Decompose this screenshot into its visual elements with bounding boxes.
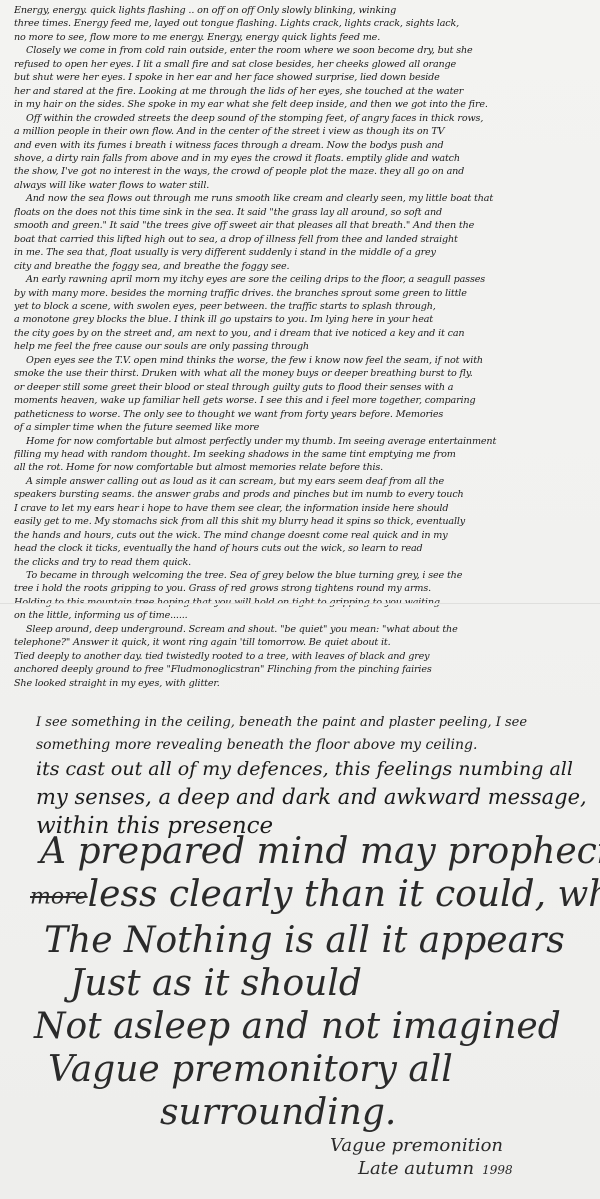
paper-fold-line	[0, 603, 600, 605]
text-line: the clicks and try to read them quick.	[14, 556, 586, 569]
text-line: but shut were her eyes. I spoke in her e…	[14, 71, 586, 84]
text-line: I see something in the ceiling, beneath …	[36, 712, 576, 734]
text-line: no more to see, flow more to me energy. …	[14, 31, 586, 44]
text-line: The Nothing is all it appears	[30, 919, 590, 962]
text-line: I crave to let my ears hear i hope to ha…	[14, 502, 586, 515]
text-line: always will like water flows to water st…	[14, 179, 586, 192]
text-line: floats on the does not this time sink in…	[14, 206, 586, 219]
text-line: A prepared mind may prophecize	[30, 830, 590, 873]
text-line: Vague premonitory all	[30, 1048, 590, 1091]
text-line: of a simpler time when the future seemed…	[14, 421, 586, 434]
text-line: tree i hold the roots gripping to you. G…	[14, 582, 586, 595]
handwritten-page: Energy, energy. quick lights flashing ..…	[0, 0, 600, 1199]
text-line: Open eyes see the T.V. open mind thinks …	[14, 354, 586, 367]
text-line: And now the sea flows out through me run…	[14, 192, 586, 205]
text-line: Off within the crowded streets the deep …	[14, 112, 586, 125]
text-line: Closely we come in from cold rain outsid…	[14, 44, 586, 57]
crossed-out-word: more	[30, 885, 88, 910]
text-line: city and breathe the foggy sea, and brea…	[14, 260, 586, 273]
text-line: shove, a dirty rain falls from above and…	[14, 152, 586, 165]
large-handwriting-block: A prepared mind may prophecize moreless …	[30, 830, 590, 1134]
text-line: easily get to me. My stomachs sick from …	[14, 515, 586, 528]
poem-date: Late autumn1998	[358, 1158, 513, 1179]
text-line: the show, I've got no interest in the wa…	[14, 165, 586, 178]
text-line: the city goes by on the street and, am n…	[14, 327, 586, 340]
text-line: three times. Energy feed me, layed out t…	[14, 17, 586, 30]
text-line: or deeper still some greet their blood o…	[14, 381, 586, 394]
text-line: Not asleep and not imagined	[30, 1005, 590, 1048]
text-line: a monotone grey blocks the blue. I think…	[14, 313, 586, 326]
text-line: A simple answer calling out as loud as i…	[14, 475, 586, 488]
text-line: in me. The sea that, float usually is ve…	[14, 246, 586, 259]
text-line: the hands and hours, cuts out the wick. …	[14, 529, 586, 542]
text-line: by with many more. besides the morning t…	[14, 287, 586, 300]
text-line: on the little, informing us of time.....…	[14, 609, 586, 622]
text-line: something more revealing beneath the flo…	[36, 734, 576, 756]
text-line: yet to block a scene, with swolen eyes, …	[14, 300, 586, 313]
small-handwriting-block: Energy, energy. quick lights flashing ..…	[14, 4, 586, 690]
text-line: head the clock it ticks, eventually the …	[14, 542, 586, 555]
text-line: telephone?" Answer it quick, it wont rin…	[14, 636, 586, 649]
text-line: surrounding.	[30, 1091, 590, 1134]
poem-title: Vague premonition	[330, 1135, 513, 1156]
text-line: its cast out all of my defences, this fe…	[36, 756, 576, 783]
text-line: moments heaven, wake up familiar hell ge…	[14, 394, 586, 407]
text-line: Tied deeply to another day. tied twisted…	[14, 650, 586, 663]
text-line: all the rot. Home for now comfortable bu…	[14, 461, 586, 474]
text-line: help me feel the free cause our souls ar…	[14, 340, 586, 353]
medium-handwriting-block: I see something in the ceiling, beneath …	[36, 712, 576, 841]
text-line: refused to open her eyes. I lit a small …	[14, 58, 586, 71]
poem-signature: Vague premonition Late autumn1998	[330, 1135, 513, 1179]
text-line: filling my head with random thought. Im …	[14, 448, 586, 461]
text-line: An early rawning april morn my itchy eye…	[14, 273, 586, 286]
text-line: She looked straight in my eyes, with gli…	[14, 677, 586, 690]
text-line: smoke the use their thirst. Druken with …	[14, 367, 586, 380]
text-line: Sleep around, deep underground. Scream a…	[14, 623, 586, 636]
text-line: in my hair on the sides. She spoke in my…	[14, 98, 586, 111]
text-line: To became in through welcoming the tree.…	[14, 569, 586, 582]
text-line: Home for now comfortable but almost perf…	[14, 435, 586, 448]
text-line: a million people in their own flow. And …	[14, 125, 586, 138]
text-line: my senses, a deep and dark and awkward m…	[36, 783, 576, 811]
poem-year: 1998	[482, 1163, 513, 1177]
text-line: Energy, energy. quick lights flashing ..…	[14, 4, 586, 17]
text-line: Just as it should	[30, 962, 590, 1005]
text-line: patheticness to worse. The only see to t…	[14, 408, 586, 421]
text-line: boat that carried this lifted high out t…	[14, 233, 586, 246]
text-line: speakers bursting seams. the answer grab…	[14, 488, 586, 501]
text-line: and even with its fumes i breath i witne…	[14, 139, 586, 152]
text-line: moreless clearly than it could, when	[30, 873, 590, 919]
text-line: anchored deeply ground to free "Fludmono…	[14, 663, 586, 676]
text-line: smooth and green." It said "the trees gi…	[14, 219, 586, 232]
text-line: her and stared at the fire. Looking at m…	[14, 85, 586, 98]
